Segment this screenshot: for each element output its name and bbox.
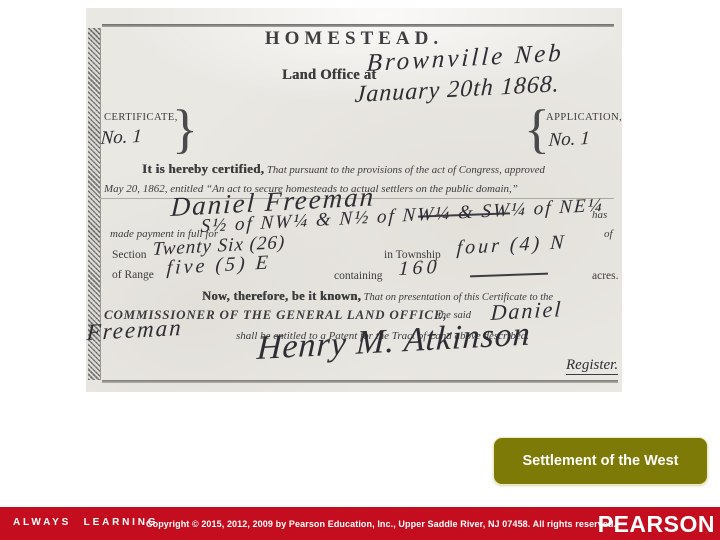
certified-body: That pursuant to the provisions of the a… (267, 164, 545, 176)
acreage-value-handwriting: 160 (398, 256, 441, 281)
handwriting-flourish (470, 273, 548, 278)
known-lead: Now, therefore, be it known, (202, 289, 361, 303)
certificate-number-value: No. 1 (100, 126, 142, 150)
township-value-handwriting: four (4) N (456, 231, 567, 260)
slide-title-box: Settlement of the West (493, 437, 708, 485)
certified-clause: It is hereby certified, That pursuant to… (142, 161, 545, 177)
homestead-certificate-scan: HOMESTEAD. Land Office at Brownville Neb… (86, 8, 622, 392)
always-learning-tagline: ALWAYS LEARNING (13, 517, 158, 528)
certificate-number-label: CERTIFICATE, (104, 112, 178, 123)
top-border-rule (102, 24, 614, 27)
said-name-last-handwriting: Freeman (86, 315, 183, 346)
application-number-value: No. 1 (548, 128, 590, 152)
certified-lead: It is hereby certified, (142, 161, 264, 176)
acres-label: acres. (592, 270, 619, 282)
application-number-label: APPLICATION, (546, 112, 622, 123)
section-label: Section (112, 249, 147, 261)
copyright-text: Copyright © 2015, 2012, 2009 by Pearson … (146, 519, 616, 529)
range-value-handwriting: five (5) E (166, 251, 271, 280)
slide-title-label: Settlement of the West (522, 453, 678, 469)
range-label: of Range (112, 269, 154, 281)
presentation-slide: HOMESTEAD. Land Office at Brownville Neb… (0, 0, 720, 540)
certificate-brace: } (172, 102, 198, 156)
pearson-logo: PEARSON (598, 511, 715, 538)
footer-band: ALWAYS LEARNING Copyright © 2015, 2012, … (0, 507, 720, 540)
register-title: Register. (566, 357, 618, 375)
application-brace: { (524, 102, 550, 156)
containing-label: containing (334, 270, 383, 282)
bottom-border-rule (102, 380, 618, 383)
register-signature-handwriting: Henry M. Atkinson (256, 315, 532, 368)
of-word: of (604, 228, 613, 240)
